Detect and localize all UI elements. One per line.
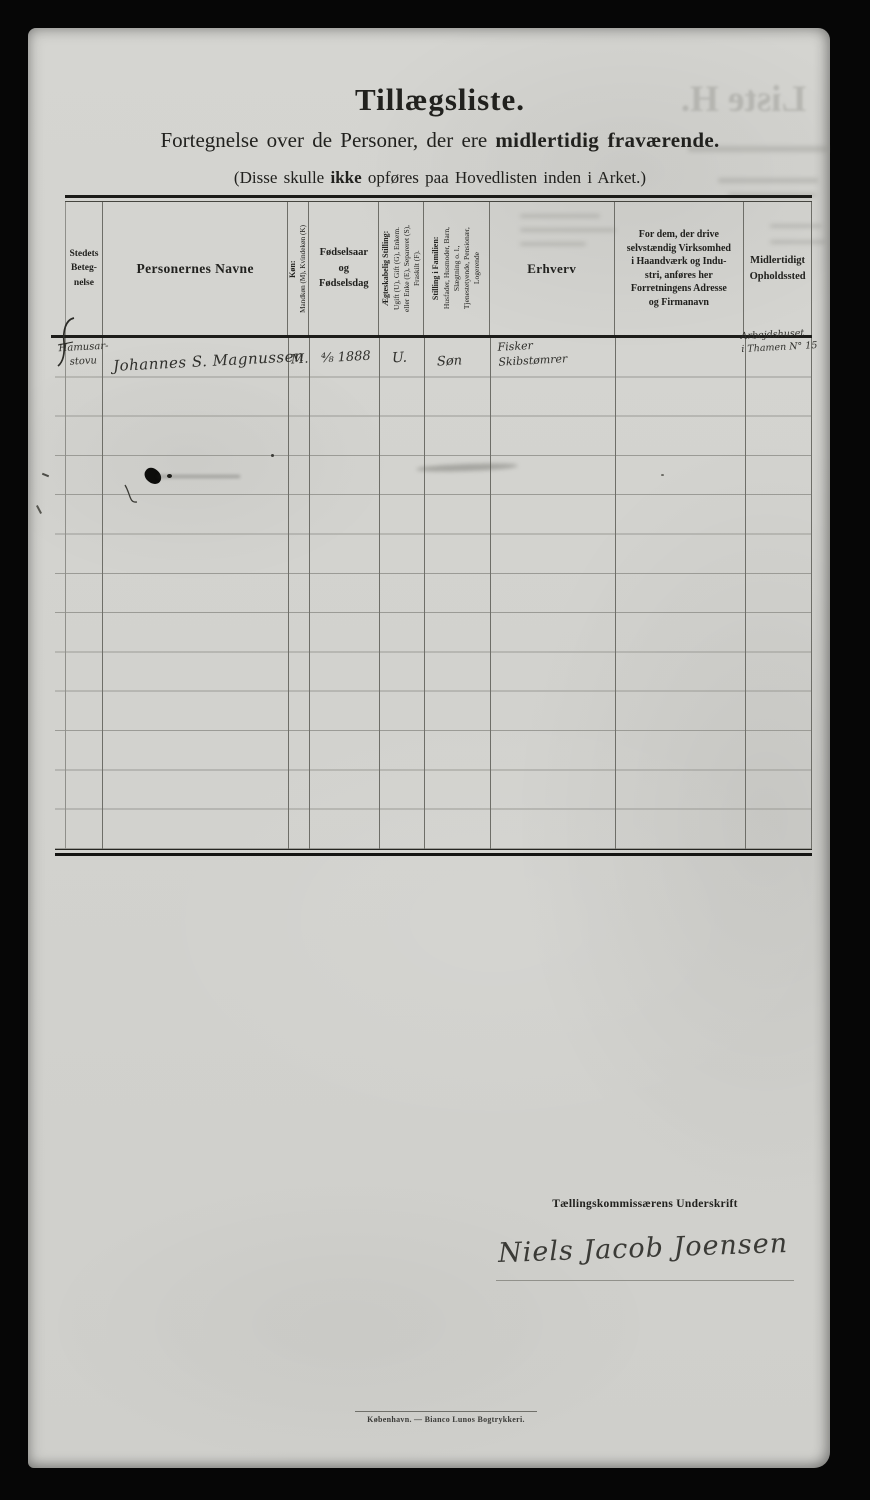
table-column-line xyxy=(288,338,289,849)
document-page: Liste H. Tillægsliste. Fortegnelse over … xyxy=(28,28,830,1468)
row-opholdssted-value: Arbejdshuset i Thamen N° 15 xyxy=(740,327,819,357)
header-aegteskabelig-stilling: Ægteskabelig Stilling:Ugift (U), Gift (G… xyxy=(379,202,424,335)
ink-speck-mark xyxy=(661,474,664,476)
header-stilling-i-familien: Stilling i Familien:Husfader, Husmoder, … xyxy=(424,202,490,335)
table-column-line xyxy=(615,338,616,849)
header-erhverv: Erhverv xyxy=(490,202,615,335)
table-column-line xyxy=(745,338,746,849)
subtitle-bold-text: midlertidig fraværende. xyxy=(495,128,719,152)
table-body: Hamusar- stovu Johannes S. Magnussen M. … xyxy=(55,338,812,849)
page-title: Tillægsliste. xyxy=(28,82,830,118)
header-koen-title: Køn: xyxy=(288,260,297,277)
header-personernes-navne: Personernes Navne xyxy=(103,202,288,335)
ink-scratch-mark xyxy=(122,483,142,509)
table-column-line xyxy=(811,338,812,849)
row-navn-value: Johannes S. Magnussen xyxy=(113,346,305,376)
signature-label: Tællingskommissærens Underskrift xyxy=(545,1198,745,1210)
header-koen-detail: Mandkøn (M), Kvindekøn (K) xyxy=(299,225,307,313)
commissioner-signature: Niels Jacob Joensen xyxy=(498,1228,789,1269)
row-aegteskabelig-value: U. xyxy=(392,349,408,369)
page-subtitle: Fortegnelse over de Personer, der ere mi… xyxy=(28,128,830,153)
printer-imprint: København. — Bianco Lunos Bogtrykkeri. xyxy=(326,1415,566,1424)
subtitle-text: Fortegnelse over de Personer, der ere xyxy=(160,128,495,152)
header-midlertidigt-opholdssted: Midlertidigt Opholdssted xyxy=(744,202,811,335)
header-koen-vertical-text: Køn:Mandkøn (M), Kvindekøn (K) xyxy=(288,225,309,313)
header-koen: Køn:Mandkøn (M), Kvindekøn (K) xyxy=(288,202,309,335)
margin-ink-mark xyxy=(36,505,42,514)
header-foedselsaar: Fødselsaar og Fødselsdag xyxy=(309,202,379,335)
row-foedselsdato-value: ⁴⁄₈ 1888 xyxy=(321,348,372,368)
ink-speck-mark xyxy=(271,454,274,457)
page-note: (Disse skulle ikke opføres paa Hovedlist… xyxy=(28,168,830,188)
row-erhverv-value: Fisker Skibstømrer xyxy=(497,337,567,370)
ink-streak-mark xyxy=(158,475,240,478)
table-column-line xyxy=(424,338,425,849)
table-column-line xyxy=(65,338,66,849)
header-stilling-title: Stilling i Familien: xyxy=(431,237,440,301)
note-text-suffix: opføres paa Hovedlisten inden i Arket.) xyxy=(362,168,646,187)
header-aegteskab-title: Ægteskabelig Stilling: xyxy=(381,231,390,306)
header-aegteskab-detail: Ugift (U), Gift (G), Enkem. eller Enke (… xyxy=(391,225,420,312)
table-column-line xyxy=(490,338,491,849)
table-column-line xyxy=(102,338,103,849)
signature-line xyxy=(496,1280,794,1281)
header-virksomhed-adresse: For dem, der drive selvstændig Virksomhe… xyxy=(615,202,745,335)
footer-rule xyxy=(355,1411,537,1412)
margin-ink-mark xyxy=(42,473,49,477)
table-header-row: Stedets Beteg- nelse Personernes Navne K… xyxy=(65,202,812,335)
header-stilling-vertical-text: Stilling i Familien:Husfader, Husmoder, … xyxy=(431,227,482,309)
pen-flourish-mark xyxy=(54,314,82,370)
census-table: Stedets Beteg- nelse Personernes Navne K… xyxy=(65,195,812,856)
row-koen-value: M. xyxy=(291,351,309,369)
note-text-prefix: (Disse skulle xyxy=(234,168,331,187)
header-aegteskab-vertical-text: Ægteskabelig Stilling:Ugift (U), Gift (G… xyxy=(381,225,422,312)
table-column-line xyxy=(379,338,380,849)
table-column-line xyxy=(309,338,310,849)
header-stilling-detail: Husfader, Husmoder, Barn, Slægtning o. l… xyxy=(442,227,481,309)
note-bold-text: ikke xyxy=(330,168,361,187)
table-bottom-rule xyxy=(55,849,812,856)
row-stilling-value: Søn xyxy=(437,352,463,371)
